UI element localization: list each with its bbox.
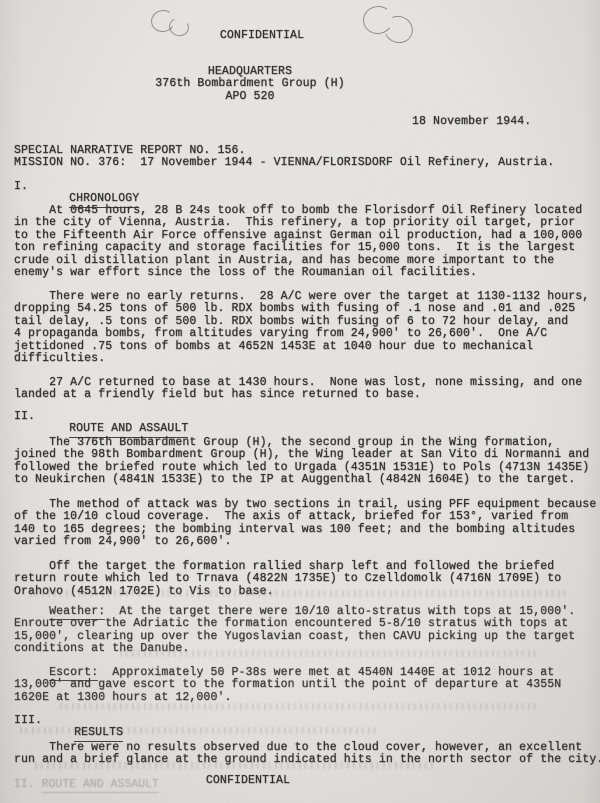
paragraph: Off the target the formation rallied sha… (14, 561, 561, 598)
paragraph: At 0645 hours, 28 B 24s took off to bomb… (14, 205, 582, 280)
paragraph-escort: Escort: Approximately 50 P-38s were met … (14, 667, 561, 704)
paragraph: There were no early returns. 28 A/C were… (14, 291, 589, 366)
paragraph: There were no results observed due to th… (14, 742, 600, 767)
letterhead-apo: APO 520 (225, 90, 274, 103)
document-page: CONFIDENTIAL HEADQUARTERS376th Bombardme… (0, 0, 600, 803)
section-title: RESULTS (74, 727, 123, 741)
letterhead-unit: 376th Bombardment Group (H) (155, 77, 344, 90)
section-number: II. (14, 411, 35, 423)
section-number: I. (14, 181, 28, 193)
document-date: 18 November 1944. (412, 116, 531, 128)
letterhead: HEADQUARTERS376th Bombardment Group (H)A… (60, 66, 440, 103)
paragraph: The 376th Bombardment Group (H), the sec… (14, 437, 589, 487)
paragraph: 27 A/C returned to base at 1430 hours. N… (14, 377, 582, 402)
classification-top: CONFIDENTIAL (0, 30, 524, 42)
mission-line: MISSION NO. 376: 17 November 1944 - VIEN… (14, 157, 554, 169)
paragraph: The method of attack was by two sections… (14, 499, 596, 549)
ghost-section-title: ROUTE AND ASSAULT (42, 778, 159, 793)
ghost-bleed-heading: II. ROUTE AND ASSAULT (14, 779, 159, 791)
section-number: III. (14, 715, 42, 727)
ghost-section-number: II. (14, 778, 35, 791)
paragraph-weather: Weather: At the target there were 10/10 … (14, 606, 575, 656)
